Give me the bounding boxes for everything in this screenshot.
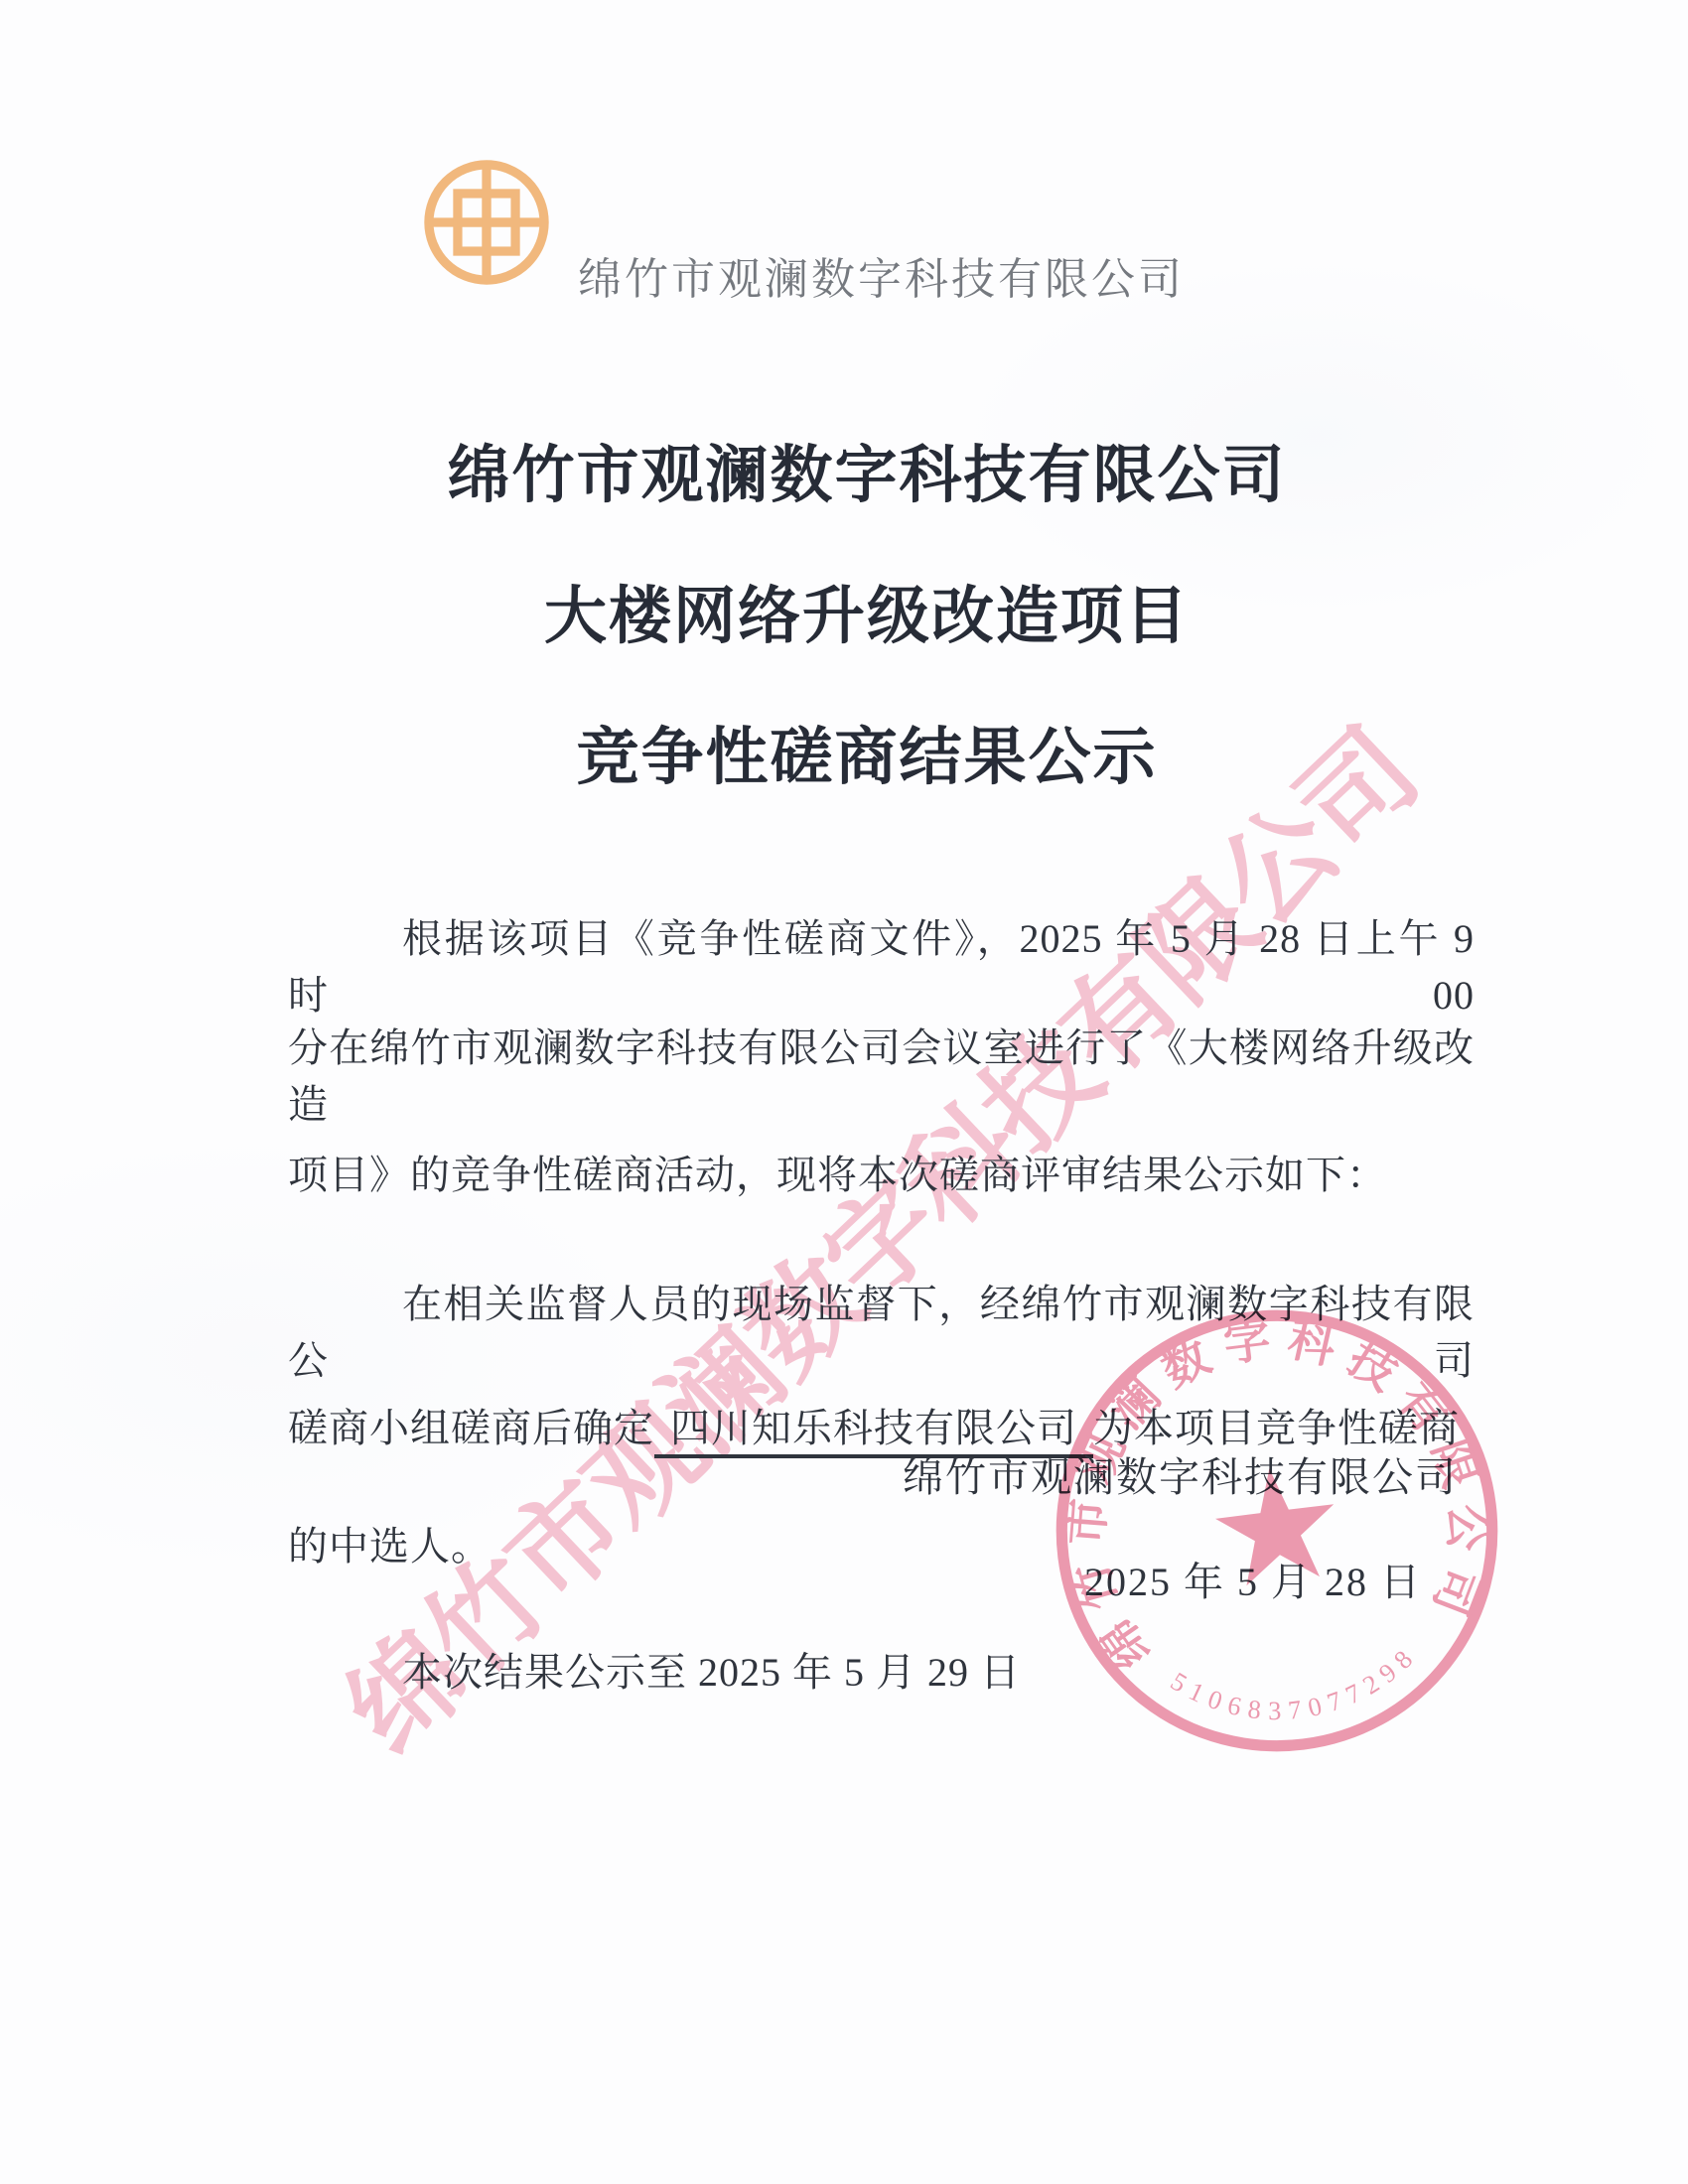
winner-sentence-prefix: 磋商小组磋商后确定 xyxy=(288,1406,654,1450)
diagonal-watermark-text: 绵竹市观澜数字科技有限公司 xyxy=(306,689,1446,1782)
title-line-project: 大楼网络升级改造项目 xyxy=(46,546,1688,687)
document-title: 绵竹市观澜数字科技有限公司 大楼网络升级改造项目 竞争性磋商结果公示 xyxy=(0,405,1688,828)
body-p1-line3: 项目》的竞争性磋商活动，现将本次磋商评审结果公示如下： xyxy=(288,1144,1475,1200)
signature-company-name: 绵竹市观澜数字科技有限公司 xyxy=(903,1444,1458,1503)
body-p1-line1: 根据该项目《竞争性磋商文件》，2025 年 5 月 28 日上午 9 时 00 xyxy=(288,907,1475,1021)
body-p1-line2: 分在绵竹市观澜数字科技有限公司会议室进行了《大楼网络升级改造 xyxy=(288,1017,1475,1130)
body-p2-line1: 在相关监督人员的现场监督下，经绵竹市观澜数字科技有限公司 xyxy=(288,1273,1475,1386)
body-p3-line1: 本次结果公示至 2025 年 5 月 29 日 xyxy=(288,1641,1475,1698)
title-line-company: 绵竹市观澜数字科技有限公司 xyxy=(46,405,1688,546)
title-line-announcement: 竞争性磋商结果公示 xyxy=(46,687,1688,828)
signature-date: 2025 年 5 月 28 日 xyxy=(1084,1551,1422,1607)
header-company-name: 绵竹市观澜数字科技有限公司 xyxy=(578,243,1185,307)
company-logo-icon xyxy=(421,157,552,288)
